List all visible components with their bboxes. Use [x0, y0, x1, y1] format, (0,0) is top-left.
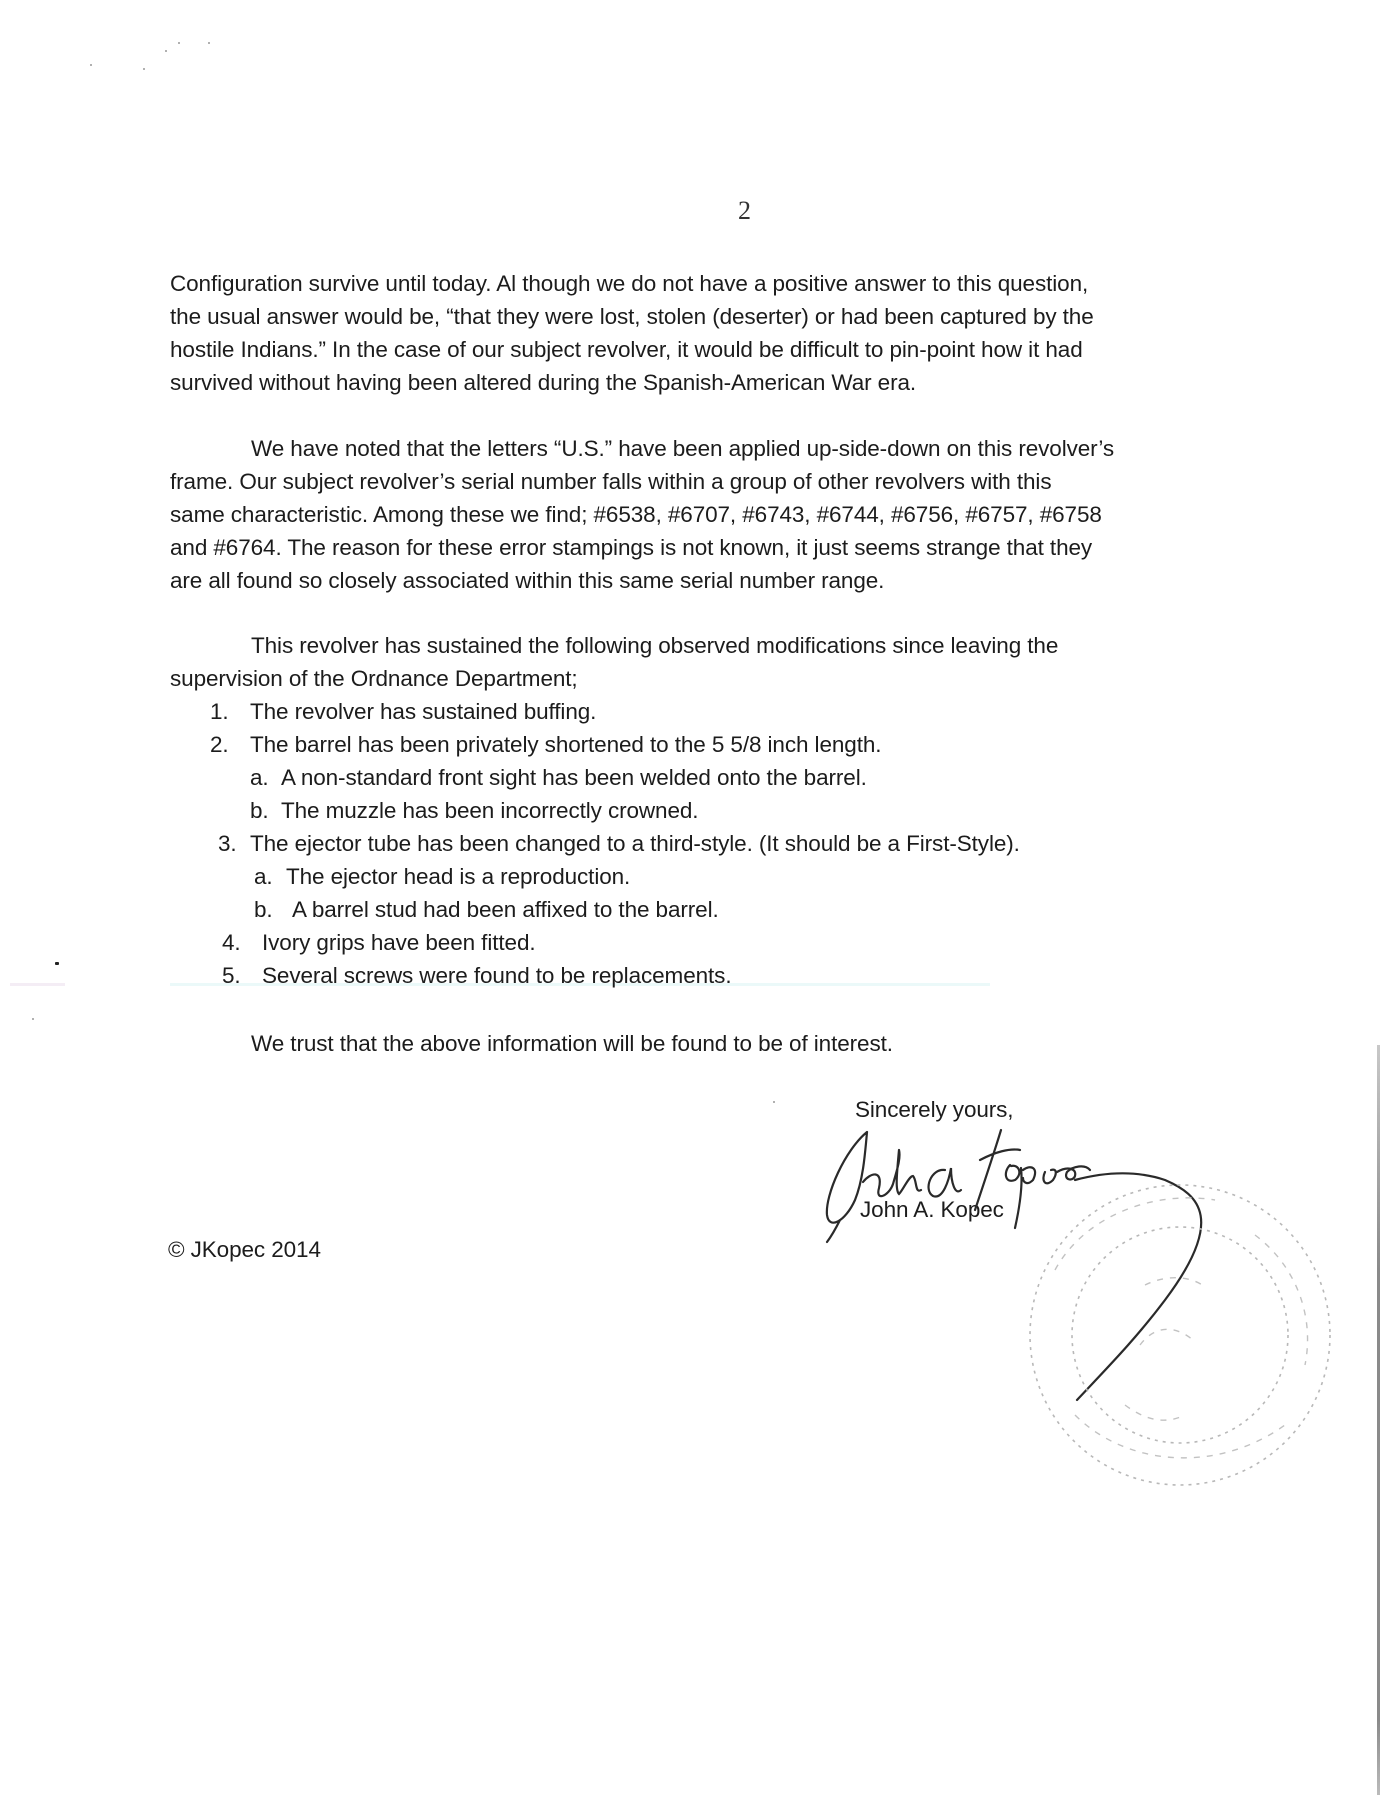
seal-icon: [1015, 1175, 1345, 1495]
list-item-text: The revolver has sustained buffing.: [250, 698, 596, 726]
scan-smear: [10, 983, 65, 986]
paragraph-1-line: survived without having been altered dur…: [170, 369, 916, 397]
list-item-text: Ivory grips have been fitted.: [262, 929, 536, 957]
paragraph-1-line: Configuration survive until today. Al th…: [170, 270, 1088, 298]
paragraph-2-line: We have noted that the letters “U.S.” ha…: [251, 435, 1114, 463]
list-marker: 5.: [222, 962, 241, 990]
page-number: 2: [738, 196, 751, 226]
list-item-text: A non-standard front sight has been weld…: [281, 764, 867, 792]
paragraph-2-line: frame. Our subject revolver’s serial num…: [170, 468, 1051, 496]
list-item-text: The ejector tube has been changed to a t…: [250, 830, 1020, 858]
list-marker: 1.: [210, 698, 229, 726]
list-marker: a.: [250, 764, 269, 792]
paragraph-1-line: hostile Indians.” In the case of our sub…: [170, 336, 1083, 364]
list-marker: b.: [250, 797, 269, 825]
paragraph-3-line: This revolver has sustained the followin…: [251, 632, 1058, 660]
paragraph-2-line: are all found so closely associated with…: [170, 567, 884, 595]
list-marker: 3.: [218, 830, 237, 858]
scan-edge-line: [1377, 1045, 1380, 1795]
list-item-text: The muzzle has been incorrectly crowned.: [281, 797, 698, 825]
list-marker: 2.: [210, 731, 229, 759]
list-item-text: The ejector head is a reproduction.: [286, 863, 630, 891]
paragraph-1-line: the usual answer would be, “that they we…: [170, 303, 1094, 331]
list-marker: a.: [254, 863, 273, 891]
list-marker: 4.: [222, 929, 241, 957]
list-item-text: A barrel stud had been affixed to the ba…: [292, 896, 719, 924]
list-marker: b.: [254, 896, 273, 924]
list-item-text: Several screws were found to be replacem…: [262, 962, 731, 990]
list-item-text: The barrel has been privately shortened …: [250, 731, 881, 759]
copyright-notice: © JKopec 2014: [168, 1236, 321, 1264]
paragraph-2-line: same characteristic. Among these we find…: [170, 501, 1102, 529]
paragraph-2-line: and #6764. The reason for these error st…: [170, 534, 1092, 562]
closing-sentence: We trust that the above information will…: [251, 1030, 893, 1058]
paragraph-3-line: supervision of the Ordnance Department;: [170, 665, 578, 693]
